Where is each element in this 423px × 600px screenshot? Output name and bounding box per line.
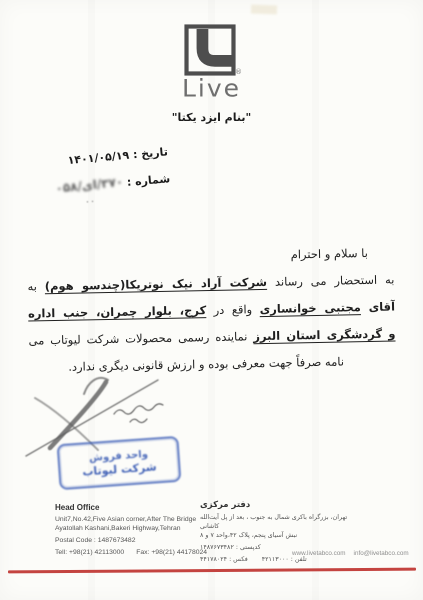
date-value: ۱۴۰۱/۰۵/۱۹ (67, 149, 130, 167)
footer-en-phone-row: Tell: +98(21) 42113000 Fax: +98(21) 4417… (55, 548, 205, 557)
brand-wordmark: Live (182, 77, 238, 100)
bismillah-line: "بنام ایزد یکتا" (0, 111, 423, 124)
date-row: تاریخ : ۱۴۰۱/۰۵/۱۹ (44, 145, 169, 169)
footer-en-title: Head Office (55, 503, 205, 512)
footer-email: info@livetabco.com (354, 550, 409, 557)
scanned-letter-page: ® Live "بنام ایزد یکتا" تاریخ : ۱۴۰۱/۰۵/… (0, 0, 423, 600)
footer-en-tel: Tell: +98(21) 42113000 (55, 548, 124, 557)
body-text: واقع در (206, 302, 260, 317)
footer-en-postal: Postal Code : 1487673482 (55, 536, 205, 545)
date-number-block: تاریخ : ۱۴۰۱/۰۵/۱۹ شماره : ۳۷۰/ای/۰۵۸ .. (44, 145, 172, 209)
footer-en-address1: Unit7,No.42,Five Asian corner,After The … (55, 515, 205, 524)
manager-name-emphasis: مجتبی خوانساری (259, 300, 360, 316)
footer-fa-title: دفتر مرکزی (200, 501, 350, 510)
footer-fa-address1: تهران، بزرگراه باکری شمال به جنوب ، بعد … (200, 513, 350, 531)
footer-fa-address2: نبش آسیای پنجم، پلاک ۴۲،واحد ۷ و ۸ (200, 531, 350, 540)
footer-english: Head Office Unit7,No.42,Five Asian corne… (55, 503, 205, 557)
date-label: تاریخ : (132, 145, 168, 161)
address-emphasis-continued: و گردشگری استان البرز (253, 326, 395, 343)
footer-fa-fax: فکس : ۴۴۱۷۸۰۲۴ (200, 555, 248, 564)
body-text: آقای (361, 299, 395, 314)
footer-contacts: www.livetabco.com info@livetabco.com (292, 550, 409, 557)
company-name-emphasis: شرکت آراد نیک نوتریکا(چندسو هوم) (45, 275, 267, 293)
number-label: شماره : (126, 172, 170, 189)
live-logo-icon (184, 24, 236, 76)
scan-smudge (251, 5, 277, 15)
body-text: به استحضار می رساند (267, 272, 395, 288)
company-stamp: واحد فروش شرکت لیوتاب (57, 436, 182, 490)
letterhead-logo: ® Live (182, 24, 238, 101)
footer-website: www.livetabco.com (292, 550, 346, 557)
footer-en-fax: Fax: +98(21) 44178024 (136, 548, 207, 557)
footer-en-address2: Ayatollah Kashani,Bakeri Highway,Tehran (55, 524, 205, 533)
